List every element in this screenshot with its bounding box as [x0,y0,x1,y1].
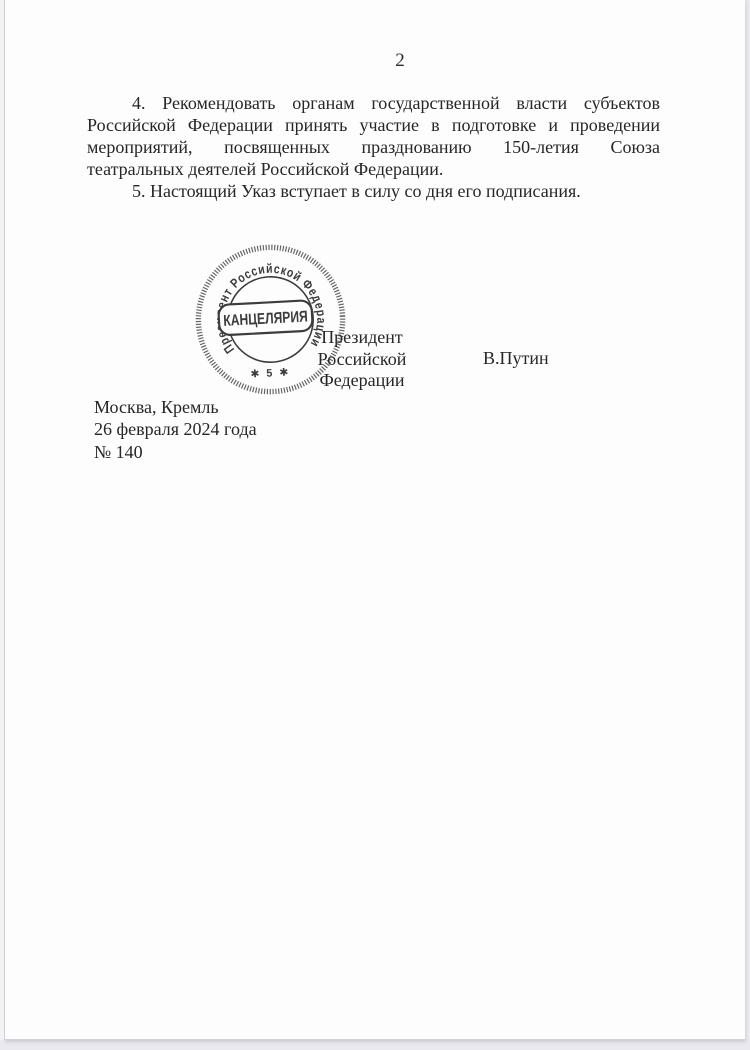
decree-body: 4. Рекомендовать органам государственной… [87,92,660,202]
paragraph-5: 5. Настоящий Указ вступает в силу со дня… [87,180,660,202]
signature-name: В.Путин [483,348,549,369]
dateline-block: Москва, Кремль 26 февраля 2024 года № 14… [94,396,257,463]
chancellery-stamp: Президент Российской Федерации ✱ 5 ✱ КАН… [188,237,353,402]
page-number: 2 [340,50,460,72]
paragraph-4-line-4: театральных деятелей Российской Федераци… [87,158,660,180]
paragraph-4-line-3: мероприятий, посвященных празднованию 15… [87,136,660,158]
paragraph-4-line-1: 4. Рекомендовать органам государственной… [87,92,660,114]
dateline-number: № 140 [94,441,257,463]
stamp-bottom-number: ✱ 5 ✱ [250,366,290,380]
dateline-date: 26 февраля 2024 года [94,418,257,440]
page-left-edge [0,0,5,1040]
paragraph-4-line-2: Российской Федерации принять участие в п… [87,114,660,136]
scanned-document-view: 2 4. Рекомендовать органам государственн… [0,0,750,1050]
